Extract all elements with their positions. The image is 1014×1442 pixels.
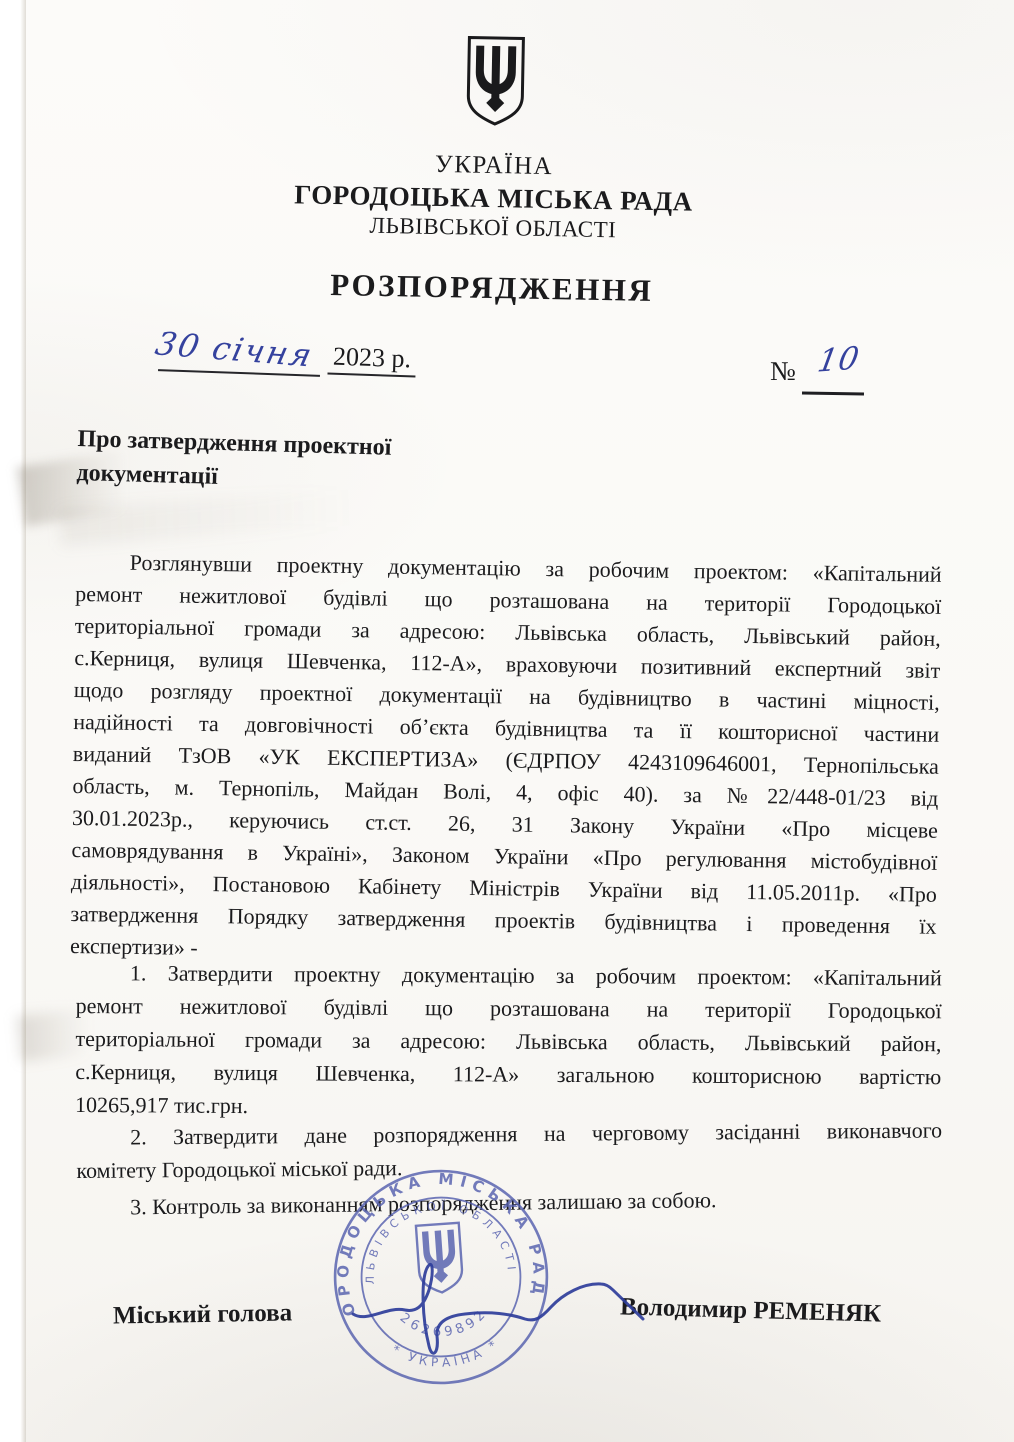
document-header: УКРАЇНА ГОРОДОЦЬКА МІСЬКА РАДА ЛЬВІВСЬКО…: [0, 25, 990, 315]
text-line: ремонт нежитлової будівлі що розташована…: [76, 989, 942, 1027]
document-number-line: № 10: [770, 346, 900, 406]
number-sign-label: №: [770, 356, 796, 387]
scanned-document-page: УКРАЇНА ГОРОДОЦЬКА МІСЬКА РАДА ЛЬВІВСЬКО…: [0, 0, 1014, 1442]
signer-position-title: Міський голова: [113, 1299, 293, 1330]
subject-heading: Про затвердження проектної документації: [76, 422, 392, 499]
text-line: с.Керниця, вулиця Шевченка, 112-А» загал…: [75, 1055, 941, 1093]
number-underline: [802, 391, 864, 395]
handwritten-date: 30 січня: [152, 325, 317, 375]
date-line: 30 січня 2023 р.: [150, 328, 430, 392]
preamble-paragraph: Розглянувши проектну документацію за роб…: [70, 546, 942, 975]
order-item-1: 1. Затвердити проектну документацію за р…: [75, 956, 942, 1126]
document-type-title: РОЗПОРЯДЖЕННЯ: [0, 261, 986, 315]
date-year: 2023 р.: [327, 341, 416, 377]
handwritten-number: 10: [815, 340, 863, 379]
ukraine-trident-emblem-icon: [462, 33, 530, 130]
text-line: територіальної громади за адресою: Львів…: [75, 1022, 941, 1060]
text-line: 1. Затвердити проектну документацію за р…: [76, 956, 942, 994]
signature-ink: [343, 1226, 673, 1376]
